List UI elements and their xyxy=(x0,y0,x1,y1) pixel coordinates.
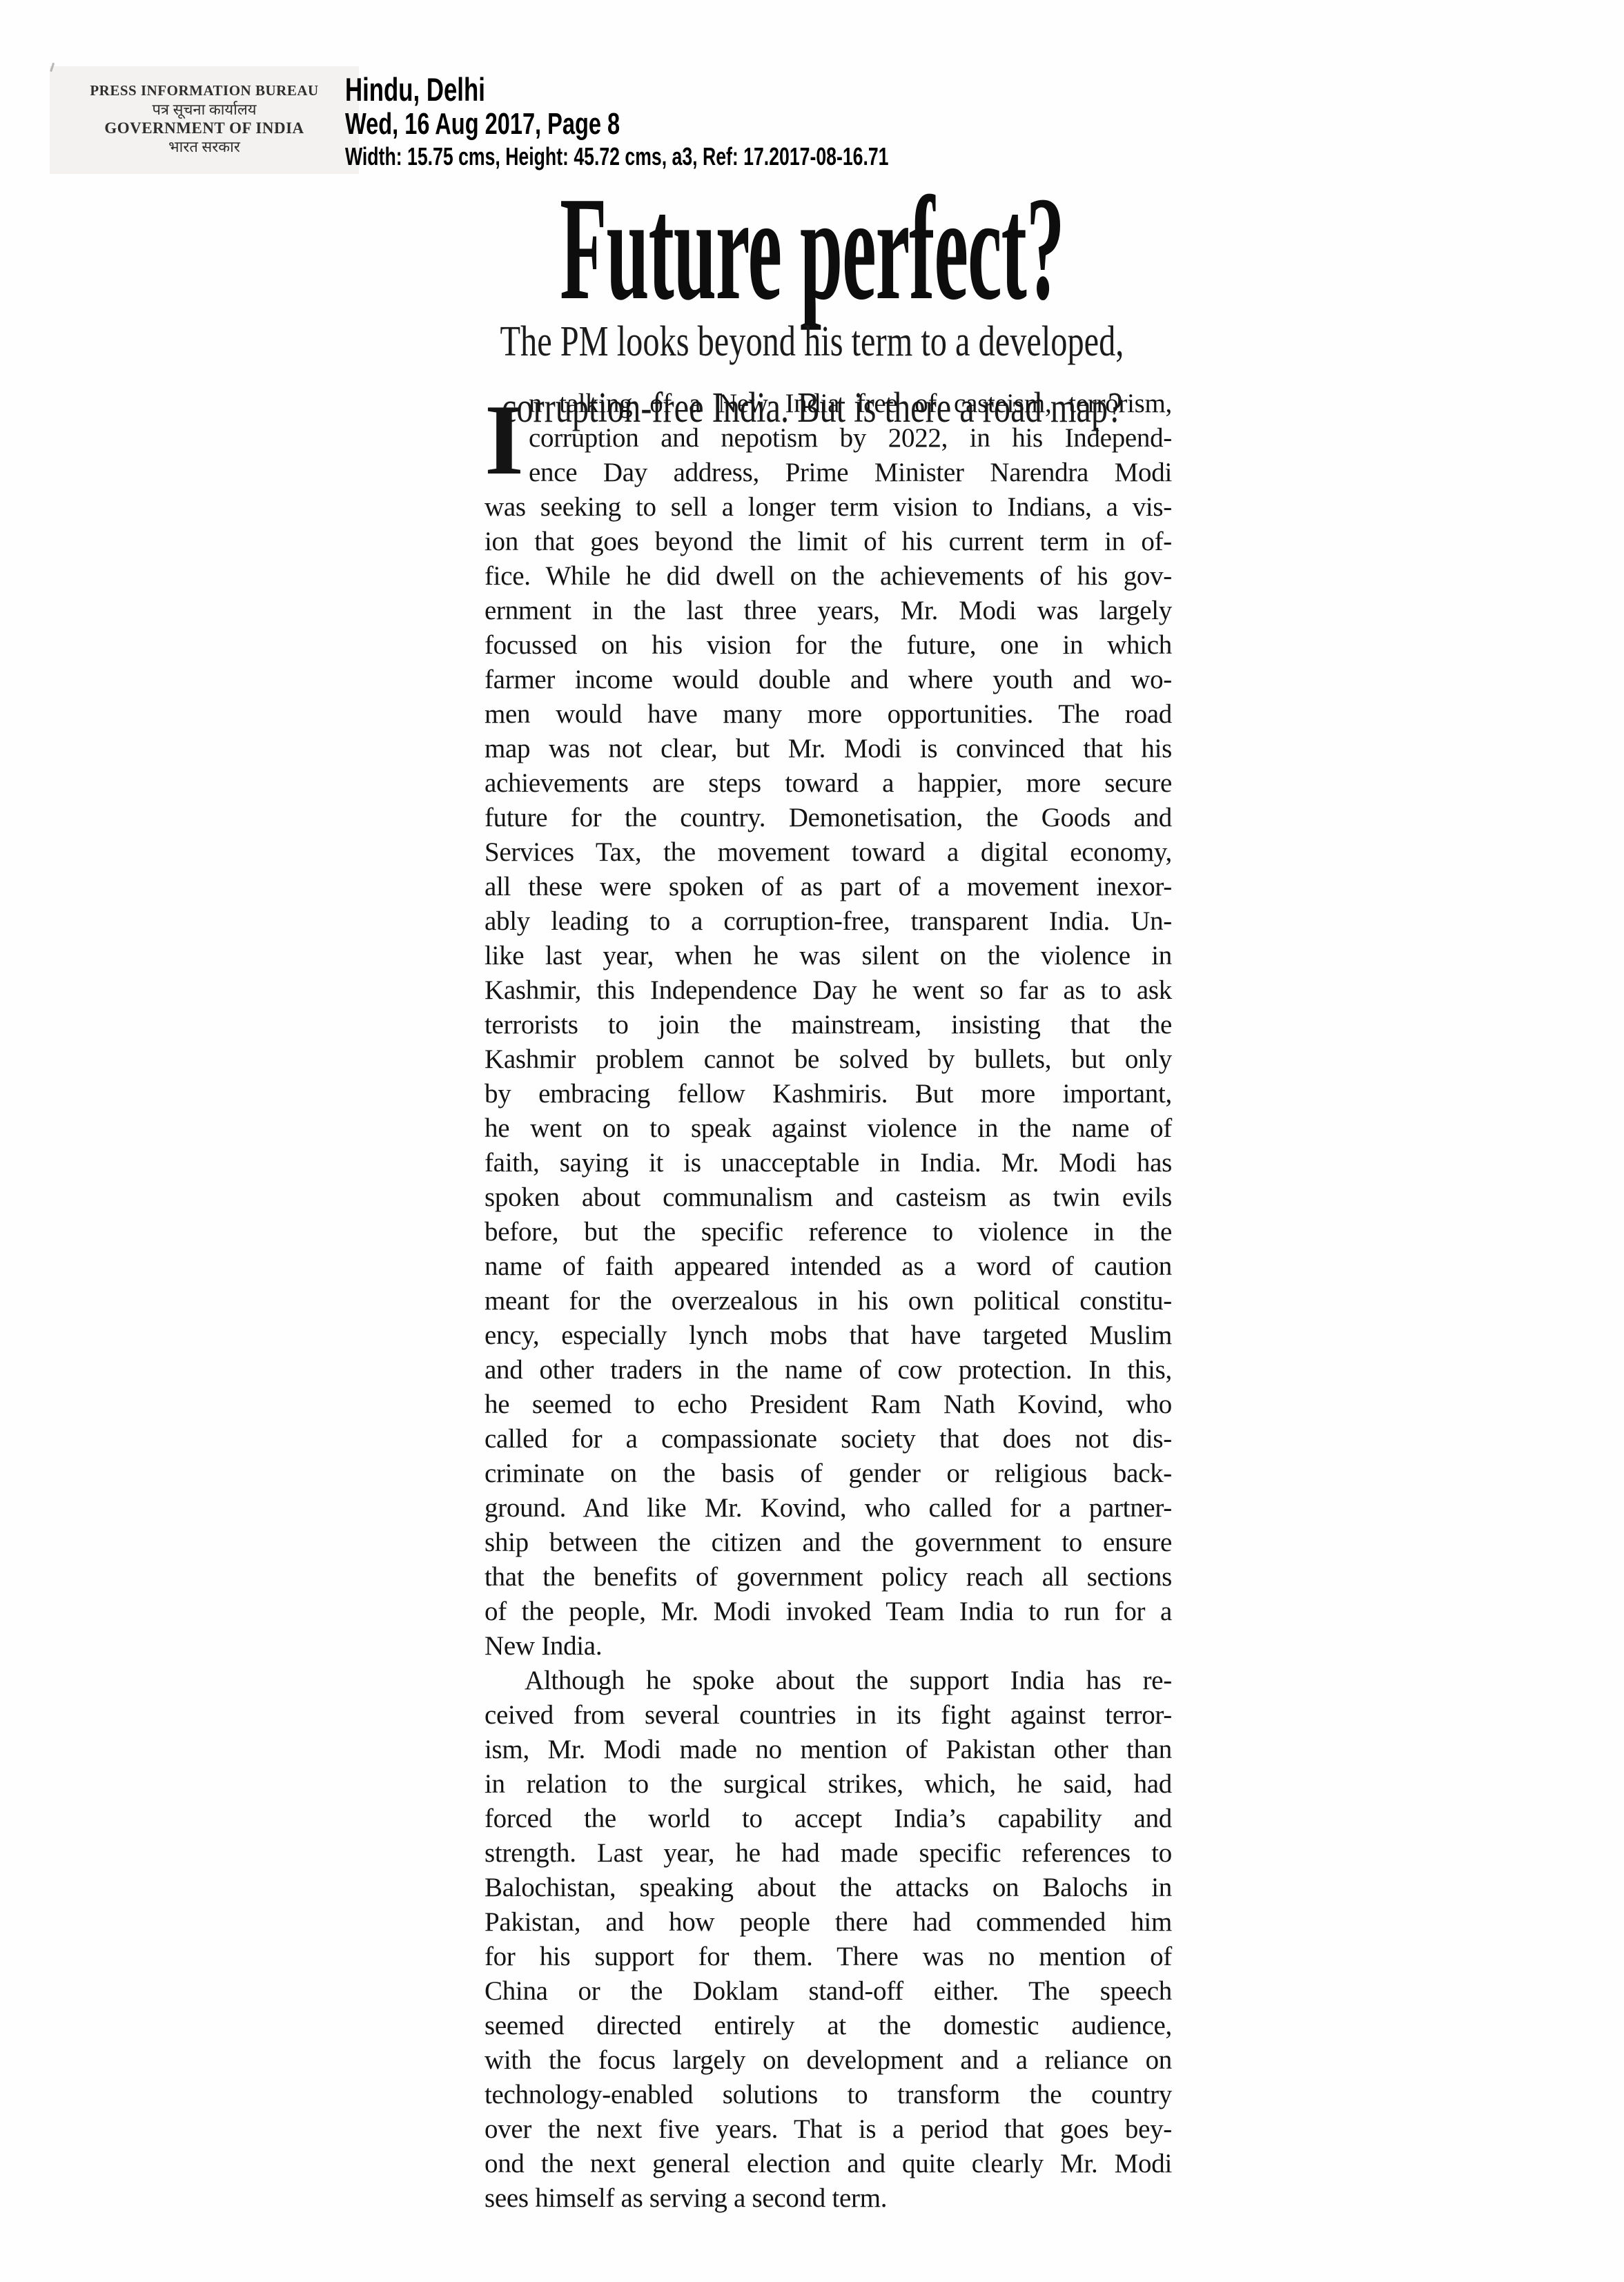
article-line: n talking of a New India free of casteis… xyxy=(485,387,1172,421)
newspaper-clipping-page: PRESS INFORMATION BUREAU पत्र सूचना कार्… xyxy=(0,0,1624,2282)
article-body: I n talking of a New India free of caste… xyxy=(485,387,1172,2216)
article-line: ion that goes beyond the limit of his cu… xyxy=(485,525,1172,559)
article-line: ism, Mr. Modi made no mention of Pakista… xyxy=(485,1733,1172,1767)
publication-date-page: Wed, 16 Aug 2017, Page 8 xyxy=(345,108,888,141)
article-line: he went on to speak against violence in … xyxy=(485,1111,1172,1146)
article-line: ernment in the last three years, Mr. Mod… xyxy=(485,594,1172,628)
article-line: with the focus largely on development an… xyxy=(485,2043,1172,2078)
article-line: was seeking to sell a longer term vision… xyxy=(485,490,1172,525)
article-line: ably leading to a corruption-free, trans… xyxy=(485,904,1172,939)
article-line: ond the next general election and quite … xyxy=(485,2147,1172,2181)
article-line: name of faith appeared intended as a wor… xyxy=(485,1249,1172,1284)
publication-name: Hindu, Delhi xyxy=(345,72,888,108)
article-line: Although he spoke about the support Indi… xyxy=(485,1664,1172,1698)
subtitle-line-text: The PM looks beyond his term to a develo… xyxy=(500,314,1124,369)
article-line: terrorists to join the mainstream, insis… xyxy=(485,1008,1172,1042)
article-line: he seemed to echo President Ram Nath Kov… xyxy=(485,1387,1172,1422)
scan-artifact-mark xyxy=(50,63,59,73)
pib-letterhead: PRESS INFORMATION BUREAU पत्र सूचना कार्… xyxy=(50,66,359,174)
article-line: ceived from several countries in its fig… xyxy=(485,1698,1172,1733)
paragraph-1: I n talking of a New India free of caste… xyxy=(485,387,1172,1664)
article-line: Services Tax, the movement toward a digi… xyxy=(485,835,1172,870)
article-line: and other traders in the name of cow pro… xyxy=(485,1353,1172,1387)
article-line: ency, especially lynch mobs that have ta… xyxy=(485,1318,1172,1353)
drop-cap: I xyxy=(485,389,520,490)
article-line: map was not clear, but Mr. Modi is convi… xyxy=(485,732,1172,766)
article-line: ship between the citizen and the governm… xyxy=(485,1525,1172,1560)
article-line: Kashmir, this Independence Day he went s… xyxy=(485,973,1172,1008)
article-line: strength. Last year, he had made specifi… xyxy=(485,1836,1172,1871)
article-line: by embracing fellow Kashmiris. But more … xyxy=(485,1077,1172,1111)
article-line: future for the country. Demonetisation, … xyxy=(485,801,1172,835)
article-line: called for a compassionate society that … xyxy=(485,1422,1172,1456)
article-line: forced the world to accept India’s capab… xyxy=(485,1802,1172,1836)
article-line: criminate on the basis of gender or reli… xyxy=(485,1456,1172,1491)
article-line: fice. While he did dwell on the achievem… xyxy=(485,559,1172,594)
article-line: sees himself as serving a second term. xyxy=(485,2181,1172,2216)
pib-name-hindi: पत्र सूचना कार्यालय xyxy=(54,100,355,119)
subtitle-line: The PM looks beyond his term to a develo… xyxy=(0,314,1624,380)
article-line: Kashmir problem cannot be solved by bull… xyxy=(485,1042,1172,1077)
article-line: Balochistan, speaking about the attacks … xyxy=(485,1871,1172,1905)
article-line: spoken about communalism and casteism as… xyxy=(485,1180,1172,1215)
article-line: that the benefits of government policy r… xyxy=(485,1560,1172,1595)
article-line: Pakistan, and how people there had comme… xyxy=(485,1905,1172,1940)
article-line: over the next five years. That is a peri… xyxy=(485,2112,1172,2147)
article-line: focussed on his vision for the future, o… xyxy=(485,628,1172,663)
article-line: men would have many more opportunities. … xyxy=(485,697,1172,732)
article-line: meant for the overzealous in his own pol… xyxy=(485,1284,1172,1318)
pib-govt-english: GOVERNMENT OF INDIA xyxy=(54,119,355,137)
article-line: seemed directed entirely at the domestic… xyxy=(485,2009,1172,2043)
article-line: ence Day address, Prime Minister Narendr… xyxy=(485,456,1172,490)
article-line: farmer income would double and where you… xyxy=(485,663,1172,697)
article-line: New India. xyxy=(485,1629,1172,1664)
article-line: faith, saying it is unacceptable in Indi… xyxy=(485,1146,1172,1180)
article-line: technology-enabled solutions to transfor… xyxy=(485,2078,1172,2112)
article-line: corruption and nepotism by 2022, in his … xyxy=(485,421,1172,456)
article-line: ground. And like Mr. Kovind, who called … xyxy=(485,1491,1172,1525)
article-line: achievements are steps toward a happier,… xyxy=(485,766,1172,801)
article-line: before, but the specific reference to vi… xyxy=(485,1215,1172,1249)
article-line: of the people, Mr. Modi invoked Team Ind… xyxy=(485,1595,1172,1629)
article-line: all these were spoken of as part of a mo… xyxy=(485,870,1172,904)
pib-name-english: PRESS INFORMATION BUREAU xyxy=(54,81,355,100)
article-headline-text: Future perfect? xyxy=(560,174,1064,322)
article-line: China or the Doklam stand-off either. Th… xyxy=(485,1974,1172,2009)
paragraph-2: Although he spoke about the support Indi… xyxy=(485,1664,1172,2216)
article-line: in relation to the surgical strikes, whi… xyxy=(485,1767,1172,1802)
article-line: like last year, when he was silent on th… xyxy=(485,939,1172,973)
pib-govt-hindi: भारत सरकार xyxy=(54,137,355,156)
article-line: for his support for them. There was no m… xyxy=(485,1940,1172,1974)
clip-metadata-header: Hindu, Delhi Wed, 16 Aug 2017, Page 8 Wi… xyxy=(345,72,1079,173)
